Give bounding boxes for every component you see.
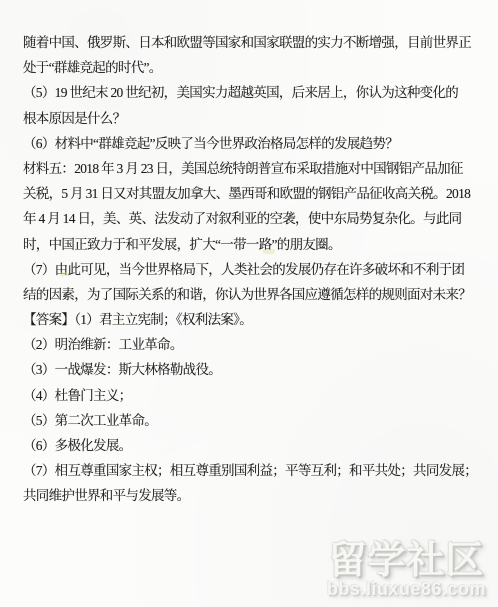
answer-line-6: （6）多极化发展。 [23, 433, 485, 458]
question-7-line: 结的因素，为了国际关系的和谐，你认为世界各国应遵循怎样的规则面对未来？ [23, 282, 485, 307]
watermark-site-name: 留学社区 [327, 541, 486, 581]
watermark-site-url: bbs.liuxue86.com [327, 579, 486, 599]
answer-line-4: （4）杜鲁门主义； [23, 383, 485, 408]
question-5-line: （5）19 世纪末 20 世纪初，美国实力超越英国，后来居上，你认为这种变化的 [23, 80, 485, 105]
material-5-line: 关税，5 月 31 日又对其盟友加拿大、墨西哥和欧盟的钢铝产品征收高关税。201… [23, 181, 485, 206]
question-6-line: （6）材料中“群雄竞起”反映了当今世界政治格局怎样的发展趋势？ [23, 131, 485, 156]
material-5-line: 年 4 月 14 日，美、英、法发动了对叙利亚的空袭，使中东局势复杂化。与此同 [23, 206, 485, 231]
paragraph-line: 处于“群雄竞起的时代”。 [23, 55, 485, 80]
answer-line-2: （2）明治维新：工业革命。 [23, 332, 485, 357]
document-text-block: 随着中国、俄罗斯、日本和欧盟等国家和国家联盟的实力不断增强，目前世界正 处于“群… [23, 30, 485, 509]
question-5-line: 根本原因是什么？ [23, 106, 485, 131]
answer-line-5: （5）第二次工业革命。 [23, 408, 485, 433]
answer-line-7: （7）相互尊重国家主权；相互尊重别国利益；平等互利；和平共处；共同发展； [23, 458, 485, 483]
answer-line-1: 【答案】（1）君主立宪制；《权利法案》。 [23, 307, 485, 332]
site-watermark: 留学社区 bbs.liuxue86.com [327, 541, 486, 599]
material-5-line: 材料五：2018 年 3 月 23 日，美国总统特朗普宣布采取措施对中国钢铝产品… [23, 156, 485, 181]
paragraph-line: 随着中国、俄罗斯、日本和欧盟等国家和国家联盟的实力不断增强，目前世界正 [23, 30, 485, 55]
question-7-line: （7）由此可见，当今世界格局下，人类社会的发展仍存在许多破坏和不利于团 [23, 257, 485, 282]
scanned-exam-page: 随着中国、俄罗斯、日本和欧盟等国家和国家联盟的实力不断增强，目前世界正 处于“群… [0, 0, 498, 607]
answer-line-7: 共同维护世界和平与发展等。 [23, 483, 485, 508]
material-5-line: 时，中国正致力于和平发展，扩大“一带一路”的朋友圈。 [23, 232, 485, 257]
answer-line-3: （3）一战爆发：斯大林格勒战役。 [23, 357, 485, 382]
